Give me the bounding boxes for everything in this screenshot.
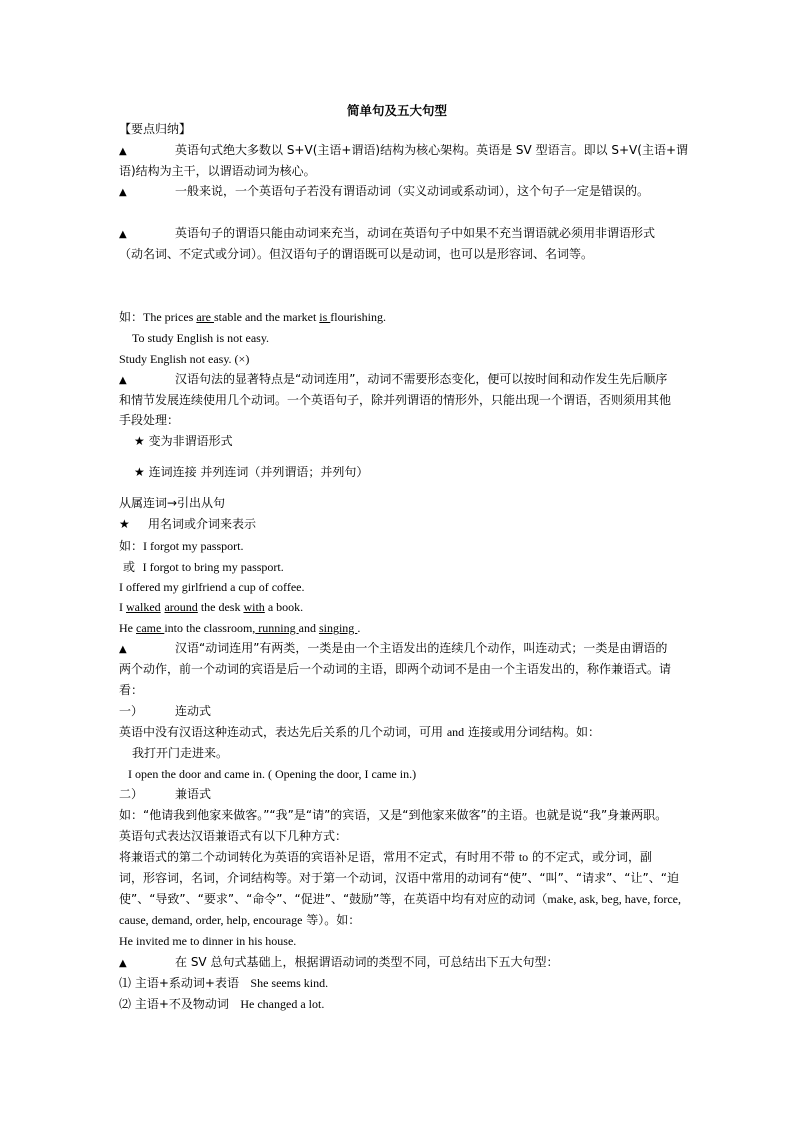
heading-pivotal: 二）兼语式 bbox=[119, 787, 211, 801]
paragraph-9-cont2: 使”、“导致”、“要求”、“命令”、“促进”、“鼓励”等，在英语中均有对应的动词… bbox=[119, 892, 681, 906]
paragraph-3-cont: （动名词、不定式或分词）。但汉语句子的谓语既可以是动词，也可以是形容词、名词等。 bbox=[119, 247, 593, 261]
paragraph-6: 英语中没有汉语这种连动式，表达先后关系的几个动词，可用 and 连接或用分词结构… bbox=[119, 725, 600, 739]
paragraph-5-cont2: 看： bbox=[119, 683, 143, 697]
paragraph-7: 如：“他请我到他家来做客。”“我”是“请”的宾语，又是“到他家来做客”的主语。也… bbox=[119, 808, 667, 822]
example-3: Study English not easy. (×) bbox=[119, 352, 249, 366]
document-title: 简单句及五大句型 bbox=[0, 101, 794, 119]
heading-serial-verb: 一）连动式 bbox=[119, 704, 211, 718]
triangle-bullet-icon: ▲ bbox=[119, 643, 175, 657]
example-2: To study English is not easy. bbox=[132, 331, 269, 345]
paragraph-4-cont2: 手段处理： bbox=[119, 413, 179, 427]
pattern-1: ⑴ 主语+系动词+表语 She seems kind. bbox=[119, 976, 328, 990]
section-header: 【要点归纳】 bbox=[119, 122, 191, 136]
star-bullet-icon: ★ bbox=[134, 465, 145, 479]
subordinate-conj-line: 从属连词→引出从句 bbox=[119, 496, 225, 510]
triangle-bullet-icon: ▲ bbox=[119, 228, 175, 242]
paragraph-9-cont3: cause, demand, order, help, encourage 等）… bbox=[119, 913, 360, 927]
example-11: He invited me to dinner in his house. bbox=[119, 934, 296, 948]
paragraph-4-cont: 和情节发展连续使用几个动词。一个英语句子，除并列谓语的情形外，只能出现一个谓语，… bbox=[119, 393, 671, 407]
paragraph-10: ▲在 SV 总句式基础上，根据谓语动词的类型不同，可总结出下五大句型： bbox=[119, 955, 558, 971]
paragraph-1: ▲英语句式绝大多数以 S+V(主语+谓语)结构为核心架构。英语是 SV 型语言。… bbox=[119, 143, 688, 159]
paragraph-9: 将兼语式的第二个动词转化为英语的宾语补足语，常用不定式，有时用不带 to 的不定… bbox=[119, 850, 652, 864]
example-7: I walked around the desk with a book. bbox=[119, 600, 303, 614]
document-page: 简单句及五大句型 【要点归纳】 ▲英语句式绝大多数以 S+V(主语+谓语)结构为… bbox=[0, 0, 794, 1123]
paragraph-2: ▲一般来说，一个英语句子若没有谓语动词（实义动词或系动词），这个句子一定是错误的… bbox=[119, 184, 649, 200]
pattern-2: ⑵ 主语+不及物动词 He changed a lot. bbox=[119, 997, 324, 1011]
paragraph-5: ▲汉语“动词连用”有两类，一类是由一个主语发出的连续几个动作，叫连动式；一类是由… bbox=[119, 641, 667, 657]
example-5: 或 I forgot to bring my passport. bbox=[123, 560, 284, 574]
star-bullet-icon: ★ bbox=[134, 434, 145, 448]
star-bullet-icon: ★ bbox=[119, 517, 148, 531]
star-item-2: ★ 连词连接 并列连词（并列谓语；并列句） bbox=[134, 465, 368, 479]
example-6: I offered my girlfriend a cup of coffee. bbox=[119, 580, 304, 594]
paragraph-8: 英语句式表达汉语兼语式有以下几种方式： bbox=[119, 829, 347, 843]
example-9: 我打开门走进来。 bbox=[132, 746, 228, 760]
example-8: He came into the classroom, running and … bbox=[119, 621, 360, 635]
paragraph-1-cont: 语)结构为主干，以谓语动词为核心。 bbox=[119, 164, 316, 178]
triangle-bullet-icon: ▲ bbox=[119, 186, 175, 200]
triangle-bullet-icon: ▲ bbox=[119, 957, 175, 971]
example-4: 如：I forgot my passport. bbox=[119, 539, 243, 553]
triangle-bullet-icon: ▲ bbox=[119, 374, 175, 388]
paragraph-9-cont: 词，形容词，名词，介词结构等。对于第一个动词，汉语中常用的动词有“使”、“叫”、… bbox=[119, 871, 679, 885]
star-item-3: ★用名词或介词来表示 bbox=[119, 517, 256, 531]
star-item-1: ★ 变为非谓语形式 bbox=[134, 434, 233, 448]
paragraph-4: ▲汉语句法的显著特点是“动词连用”，动词不需要形态变化，便可以按时间和动作发生先… bbox=[119, 372, 667, 388]
triangle-bullet-icon: ▲ bbox=[119, 145, 175, 159]
example-1: 如：The prices are stable and the market i… bbox=[119, 310, 386, 324]
paragraph-5-cont: 两个动作，前一个动词的宾语是后一个动词的主语，即两个动词不是由一个主语发出的，称… bbox=[119, 662, 671, 676]
example-10: I open the door and came in. ( Opening t… bbox=[128, 767, 416, 781]
paragraph-3: ▲英语句子的谓语只能由动词来充当，动词在英语句子中如果不充当谓语就必须用非谓语形… bbox=[119, 226, 655, 242]
